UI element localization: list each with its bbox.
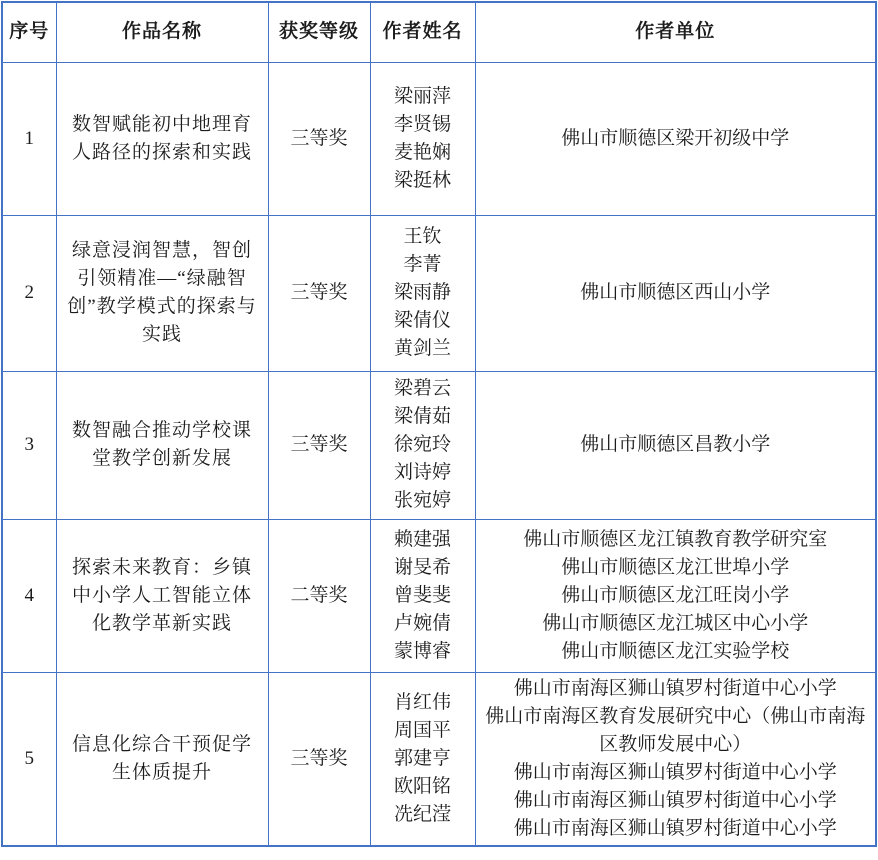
author-name: 谢旻希 bbox=[377, 554, 469, 582]
title-cell: 数智融合推动学校课堂教学创新发展 bbox=[56, 371, 268, 519]
table-row: 2 绿意浸润智慧，智创引领精准—“绿融智创”教学模式的探索与实践 三等奖 王钦 … bbox=[2, 215, 876, 371]
header-cell-authors: 作者姓名 bbox=[370, 2, 475, 62]
unit-name: 佛山市顺德区西山小学 bbox=[482, 279, 870, 307]
title-cell: 信息化综合干预促学生体质提升 bbox=[56, 672, 268, 846]
authors-cell: 肖红伟 周国平 郭建亨 欧阳铭 冼纪滢 bbox=[370, 672, 475, 846]
author-name: 梁挺林 bbox=[377, 167, 469, 195]
author-name: 徐宛玲 bbox=[377, 431, 469, 459]
authors-cell: 梁丽萍 李贤锡 麦艳娴 梁挺林 bbox=[370, 62, 475, 215]
document-page: 序号 作品名称 获奖等级 作者姓名 作者单位 1 数智赋能初中地理育人路径的探索… bbox=[0, 1, 878, 860]
unit-name: 佛山市顺德区梁开初级中学 bbox=[482, 125, 870, 153]
author-name: 李菁 bbox=[377, 251, 469, 279]
unit-name: 佛山市南海区教育发展研究中心（佛山市南海区教师发展中心） bbox=[482, 703, 870, 759]
authors-cell: 王钦 李菁 梁雨静 梁倩仪 黄剑兰 bbox=[370, 215, 475, 371]
title-cell: 探索未来教育：乡镇中小学人工智能立体化教学革新实践 bbox=[56, 519, 268, 672]
author-name: 梁倩茹 bbox=[377, 403, 469, 431]
unit-name: 佛山市南海区狮山镇罗村街道中心小学 bbox=[482, 787, 870, 815]
author-name: 麦艳娴 bbox=[377, 139, 469, 167]
unit-name: 佛山市顺德区龙江实验学校 bbox=[482, 638, 870, 666]
unit-name: 佛山市南海区狮山镇罗村街道中心小学 bbox=[482, 675, 870, 703]
index-cell: 4 bbox=[2, 519, 56, 672]
author-name: 曾斐斐 bbox=[377, 582, 469, 610]
author-name: 肖红伟 bbox=[377, 689, 469, 717]
author-name: 欧阳铭 bbox=[377, 773, 469, 801]
author-name: 李贤锡 bbox=[377, 111, 469, 139]
units-cell: 佛山市顺德区昌教小学 bbox=[475, 371, 876, 519]
unit-name: 佛山市顺德区龙江世埠小学 bbox=[482, 554, 870, 582]
author-name: 赖建强 bbox=[377, 526, 469, 554]
award-cell: 三等奖 bbox=[268, 62, 370, 215]
title-cell: 数智赋能初中地理育人路径的探索和实践 bbox=[56, 62, 268, 215]
header-cell-index: 序号 bbox=[2, 2, 56, 62]
header-cell-title: 作品名称 bbox=[56, 2, 268, 62]
authors-cell: 赖建强 谢旻希 曾斐斐 卢婉倩 蒙博睿 bbox=[370, 519, 475, 672]
author-name: 张宛婷 bbox=[377, 487, 469, 515]
author-name: 黄剑兰 bbox=[377, 335, 469, 363]
unit-name: 佛山市南海区狮山镇罗村街道中心小学 bbox=[482, 815, 870, 843]
author-name: 梁倩仪 bbox=[377, 307, 469, 335]
award-cell: 三等奖 bbox=[268, 672, 370, 846]
unit-name: 佛山市顺德区龙江镇教育教学研究室 bbox=[482, 526, 870, 554]
author-name: 梁雨静 bbox=[377, 279, 469, 307]
index-cell: 5 bbox=[2, 672, 56, 846]
author-name: 蒙博睿 bbox=[377, 638, 469, 666]
award-cell: 二等奖 bbox=[268, 519, 370, 672]
author-name: 梁丽萍 bbox=[377, 83, 469, 111]
author-name: 冼纪滢 bbox=[377, 801, 469, 829]
index-cell: 3 bbox=[2, 371, 56, 519]
awards-table: 序号 作品名称 获奖等级 作者姓名 作者单位 1 数智赋能初中地理育人路径的探索… bbox=[1, 1, 877, 847]
author-name: 梁碧云 bbox=[377, 375, 469, 403]
author-name: 卢婉倩 bbox=[377, 610, 469, 638]
author-name: 王钦 bbox=[377, 223, 469, 251]
award-cell: 三等奖 bbox=[268, 371, 370, 519]
author-name: 刘诗婷 bbox=[377, 459, 469, 487]
unit-name: 佛山市南海区狮山镇罗村街道中心小学 bbox=[482, 759, 870, 787]
units-cell: 佛山市南海区狮山镇罗村街道中心小学 佛山市南海区教育发展研究中心（佛山市南海区教… bbox=[475, 672, 876, 846]
table-header-row: 序号 作品名称 获奖等级 作者姓名 作者单位 bbox=[2, 2, 876, 62]
units-cell: 佛山市顺德区西山小学 bbox=[475, 215, 876, 371]
index-cell: 2 bbox=[2, 215, 56, 371]
unit-name: 佛山市顺德区龙江城区中心小学 bbox=[482, 610, 870, 638]
header-cell-unit: 作者单位 bbox=[475, 2, 876, 62]
unit-name: 佛山市顺德区龙江旺岗小学 bbox=[482, 582, 870, 610]
units-cell: 佛山市顺德区龙江镇教育教学研究室 佛山市顺德区龙江世埠小学 佛山市顺德区龙江旺岗… bbox=[475, 519, 876, 672]
table-row: 1 数智赋能初中地理育人路径的探索和实践 三等奖 梁丽萍 李贤锡 麦艳娴 梁挺林… bbox=[2, 62, 876, 215]
table-row: 3 数智融合推动学校课堂教学创新发展 三等奖 梁碧云 梁倩茹 徐宛玲 刘诗婷 张… bbox=[2, 371, 876, 519]
header-cell-award: 获奖等级 bbox=[268, 2, 370, 62]
authors-cell: 梁碧云 梁倩茹 徐宛玲 刘诗婷 张宛婷 bbox=[370, 371, 475, 519]
table-row: 5 信息化综合干预促学生体质提升 三等奖 肖红伟 周国平 郭建亨 欧阳铭 冼纪滢… bbox=[2, 672, 876, 846]
units-cell: 佛山市顺德区梁开初级中学 bbox=[475, 62, 876, 215]
table-row: 4 探索未来教育：乡镇中小学人工智能立体化教学革新实践 二等奖 赖建强 谢旻希 … bbox=[2, 519, 876, 672]
author-name: 周国平 bbox=[377, 717, 469, 745]
title-cell: 绿意浸润智慧，智创引领精准—“绿融智创”教学模式的探索与实践 bbox=[56, 215, 268, 371]
index-cell: 1 bbox=[2, 62, 56, 215]
award-cell: 三等奖 bbox=[268, 215, 370, 371]
unit-name: 佛山市顺德区昌教小学 bbox=[482, 431, 870, 459]
author-name: 郭建亨 bbox=[377, 745, 469, 773]
